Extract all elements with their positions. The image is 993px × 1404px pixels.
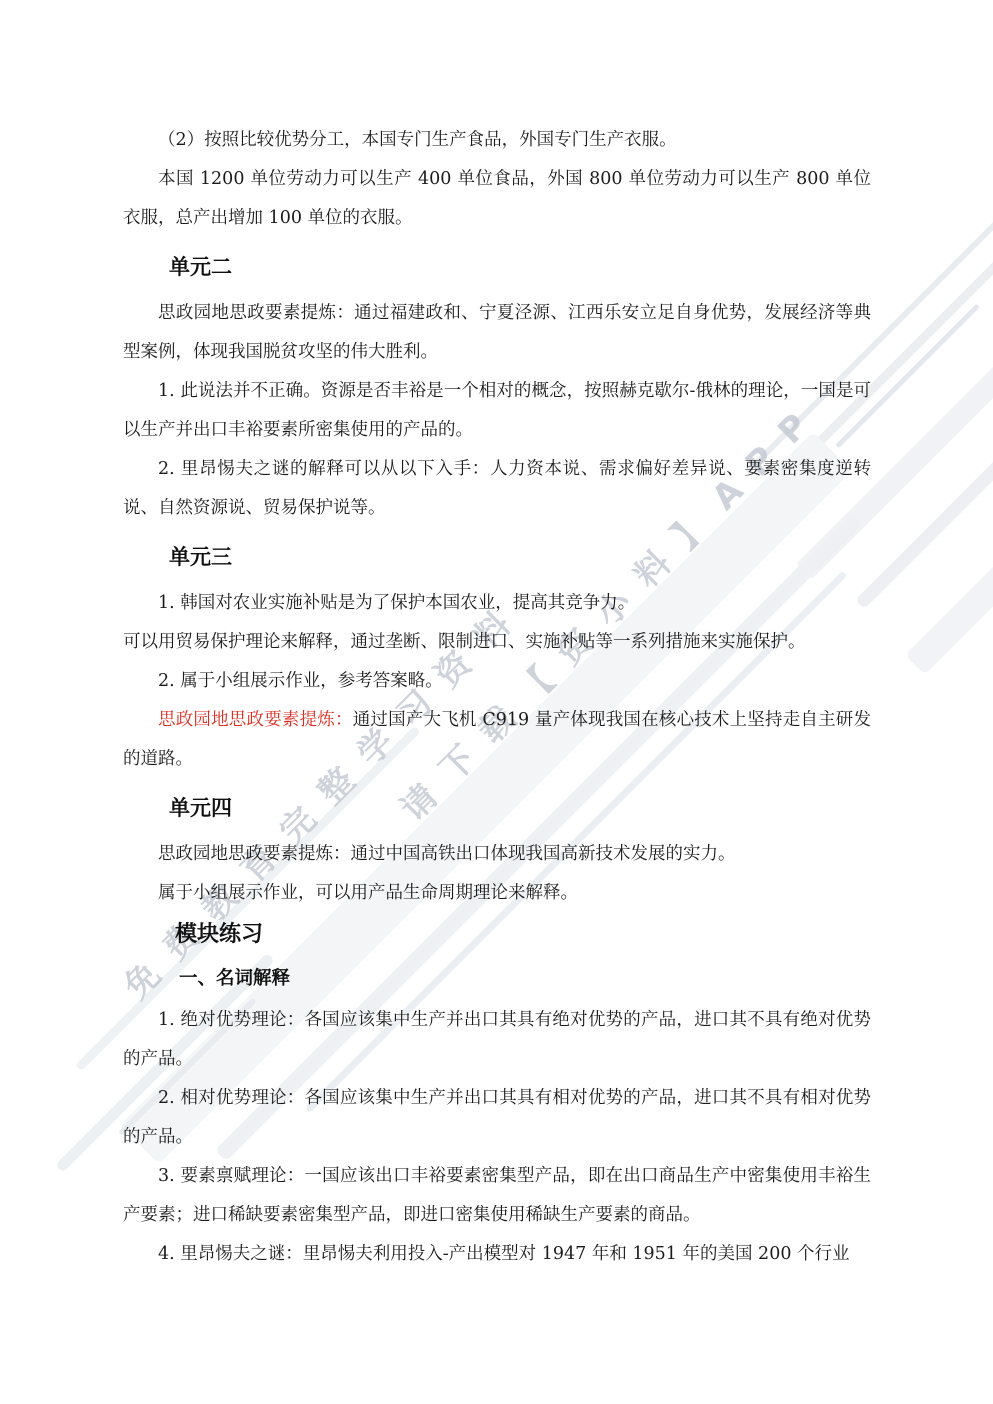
paragraph-comparative-advantage: （2）按照比较优势分工，本国专门生产食品，外国专门生产衣服。	[123, 121, 871, 160]
paragraph-sizheng-unit4: 思政园地思政要素提炼：通过中国高铁出口体现我国高新技术发展的实力。	[123, 835, 871, 874]
sizheng-label: 思政园地思政要素提炼：	[158, 710, 353, 730]
paragraph-unit4-answer: 属于小组展示作业，可以用产品生命周期理论来解释。	[123, 874, 871, 913]
paragraph-term-absolute-advantage: 1. 绝对优势理论：各国应该集中生产并出口其具有绝对优势的产品，进口其不具有绝对…	[123, 1001, 871, 1079]
paragraph-sizheng-unit3: 思政园地思政要素提炼：通过国产大飞机 C919 量产体现我国在核心技术上坚持走自…	[123, 701, 871, 779]
paragraph-unit3-answer-1b: 可以用贸易保护理论来解释，通过垄断、限制进口、实施补贴等一系列措施来实施保护。	[123, 623, 871, 662]
paragraph-unit2-answer-2: 2. 里昂惕夫之谜的解释可以从以下入手：人力资本说、需求偏好差异说、要素密集度逆…	[123, 450, 871, 528]
unit-4-heading: 单元四	[169, 785, 871, 831]
unit-3-heading: 单元三	[169, 534, 871, 580]
paragraph-term-leontief-paradox: 4. 里昂惕夫之谜：里昂惕夫利用投入-产出模型对 1947 年和 1951 年的…	[123, 1235, 871, 1274]
paragraph-unit2-answer-1: 1. 此说法并不正确。资源是否丰裕是一个相对的概念，按照赫克歇尔-俄林的理论，一…	[123, 372, 871, 450]
paragraph-unit3-answer-1: 1. 韩国对农业实施补贴是为了保护本国农业，提高其竞争力。	[123, 584, 871, 623]
paragraph-unit3-answer-2: 2. 属于小组展示作业，参考答案略。	[123, 662, 871, 701]
unit-2-heading: 单元二	[169, 244, 871, 290]
paragraph-sizheng-unit2: 思政园地思政要素提炼：通过福建政和、宁夏泾源、江西乐安立足自身优势，发展经济等典…	[123, 294, 871, 372]
paragraph-labor-output: 本国 1200 单位劳动力可以生产 400 单位食品，外国 800 单位劳动力可…	[123, 160, 871, 238]
document-page: 免费教育完整学习资料 请下载【资小料】APP （2）按照比较优势分工，本国专门生…	[0, 0, 993, 1404]
document-content: （2）按照比较优势分工，本国专门生产食品，外国专门生产衣服。 本国 1200 单…	[123, 121, 871, 1274]
paragraph-term-relative-advantage: 2. 相对优势理论：各国应该集中生产并出口其具有相对优势的产品，进口其不具有相对…	[123, 1079, 871, 1157]
module-practice-heading: 模块练习	[175, 913, 871, 957]
term-explanation-heading: 一、名词解释	[179, 957, 871, 1001]
paragraph-term-factor-endowment: 3. 要素禀赋理论：一国应该出口丰裕要素密集型产品，即在出口商品生产中密集使用丰…	[123, 1157, 871, 1235]
